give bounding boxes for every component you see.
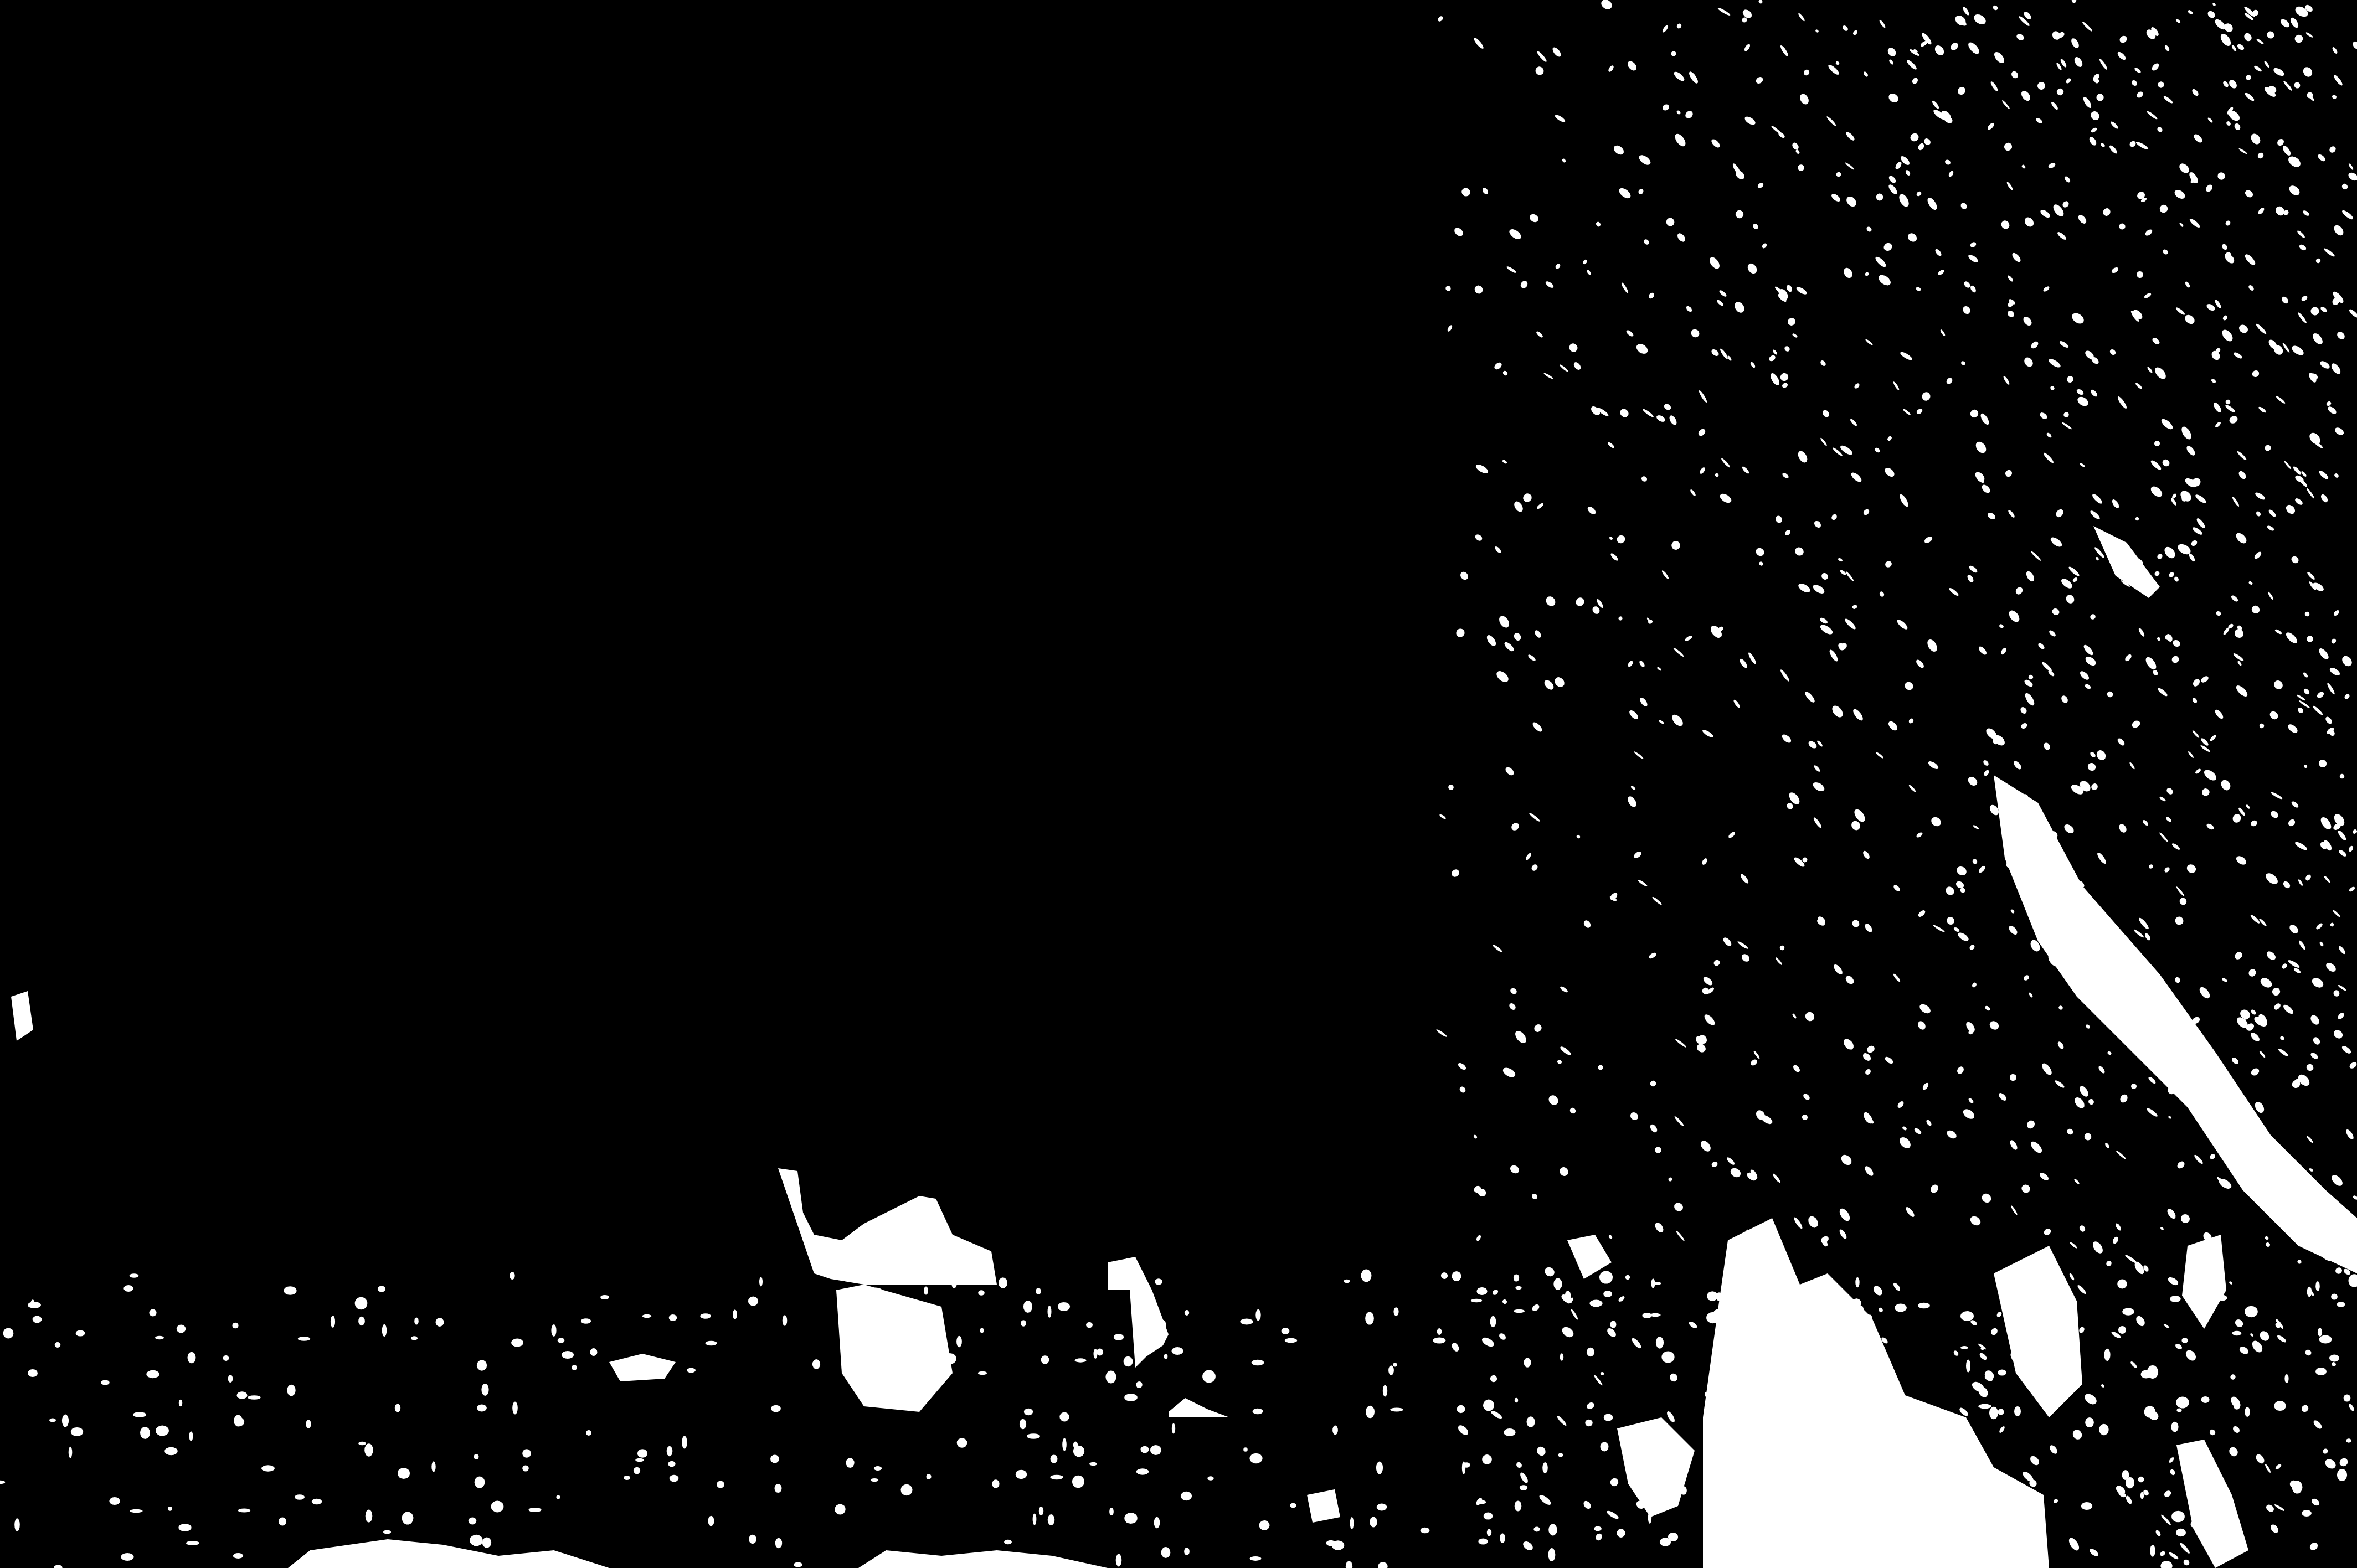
binary-mask-image [0, 0, 2357, 1568]
mask-drawing [0, 0, 2357, 1568]
